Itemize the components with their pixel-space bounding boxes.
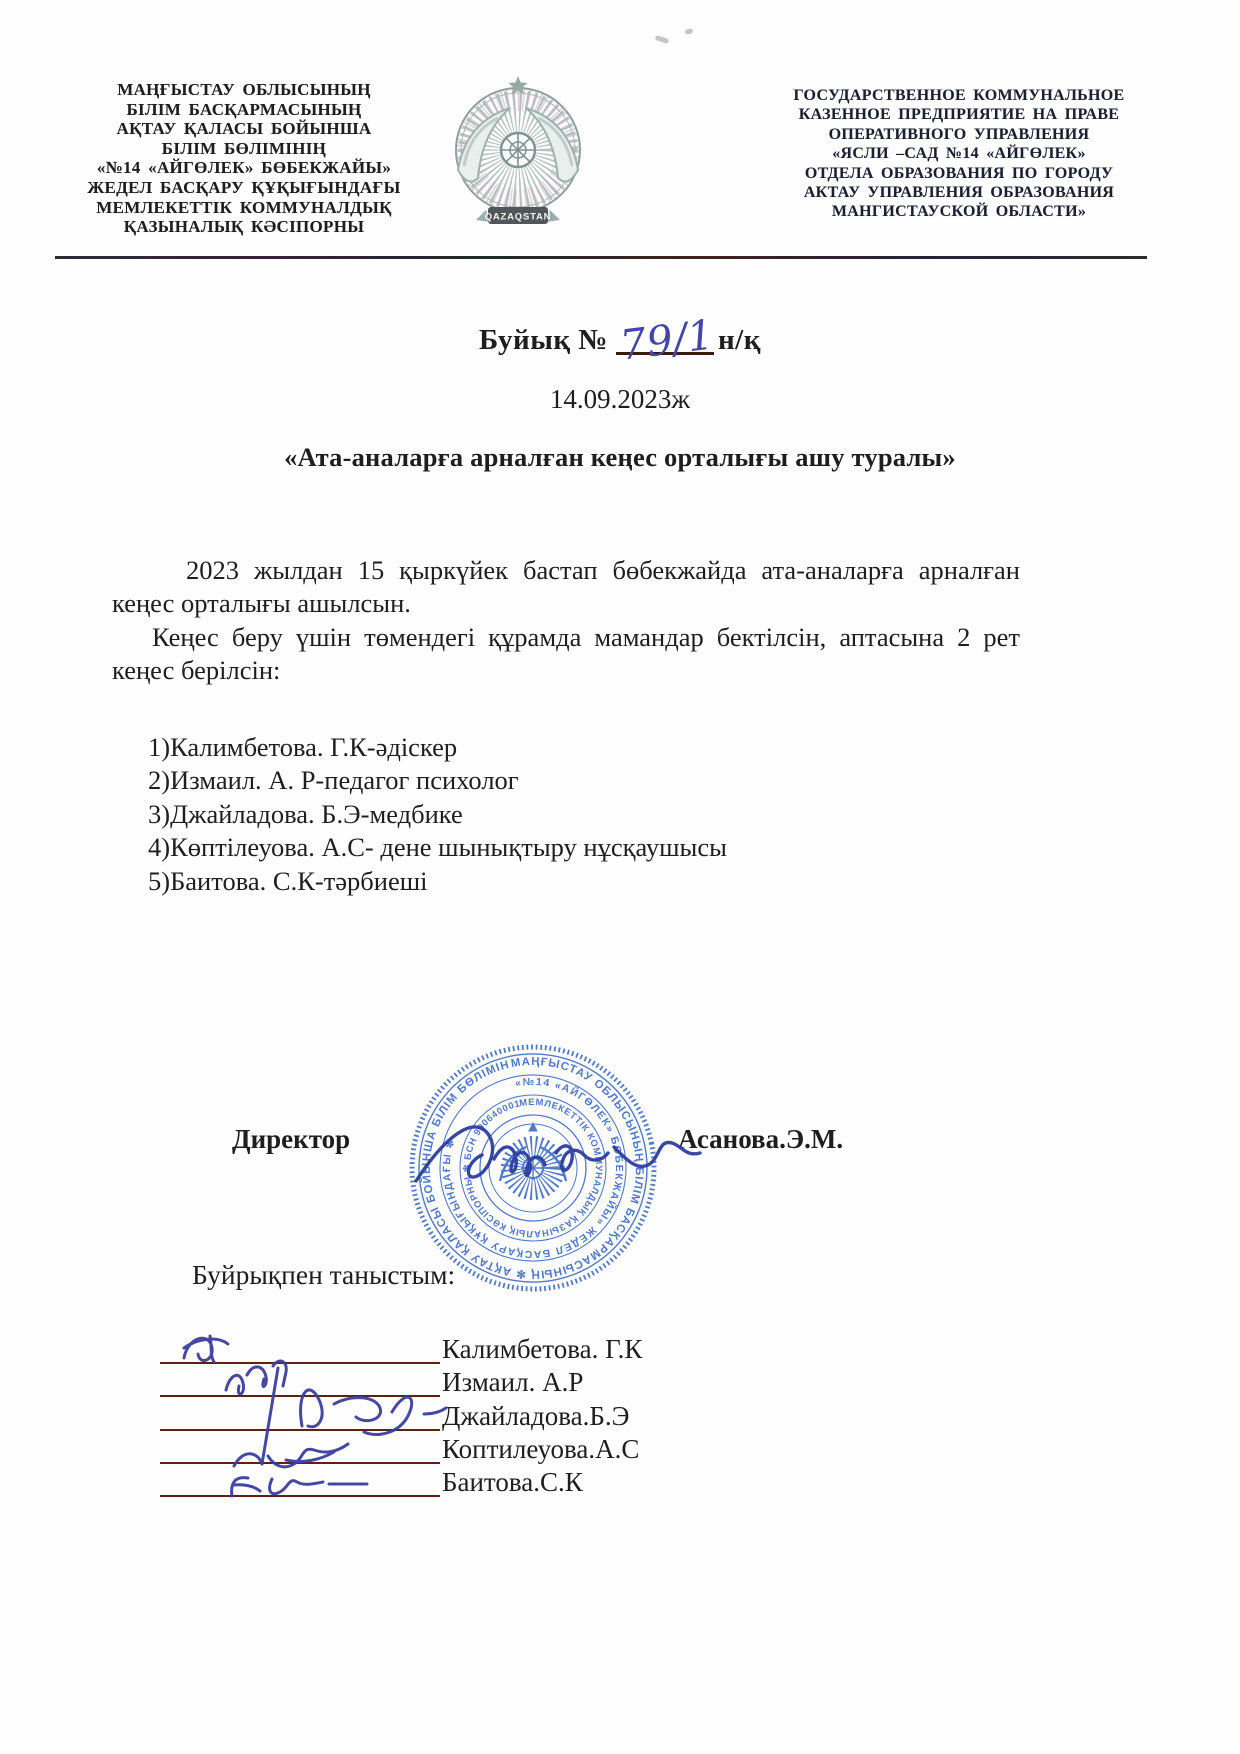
specialist-item: 3)Джайладова. Б.Э-медбике bbox=[148, 798, 727, 831]
letterhead-line: КАЗЕННОЕ ПРЕДПРИЯТИЕ НА ПРАВЕ bbox=[758, 105, 1160, 124]
order-title: Буйық №79/1н/қ bbox=[0, 316, 1240, 357]
document-page: МАҢҒЫСТАУ ОБЛЫСЫНЫҢБІЛІМ БАСҚАРМАСЫНЫҢАҚ… bbox=[0, 0, 1240, 1754]
letterhead-line: АКТАУ УПРАВЛЕНИЯ ОБРАЗОВАНИЯ bbox=[758, 183, 1160, 202]
order-number-handwritten: 79/1 bbox=[618, 314, 716, 365]
letterhead-line: ҚАЗЫНАЛЫҚ КӘСІПОРНЫ bbox=[58, 217, 430, 237]
letterhead-line: ОТДЕЛА ОБРАЗОВАНИЯ ПО ГОРОДУ bbox=[758, 164, 1160, 183]
scan-speck bbox=[655, 35, 670, 44]
specialist-item: 4)Көптілеуова. А.С- дене шынықтыру нұсқа… bbox=[148, 831, 727, 864]
specialist-item: 5)Баитова. С.К-тәрбиеші bbox=[148, 865, 727, 898]
letterhead-russian-block: ГОСУДАРСТВЕННОЕ КОММУНАЛЬНОЕКАЗЕННОЕ ПРЕ… bbox=[758, 86, 1160, 222]
order-title-suffix: н/қ bbox=[718, 324, 761, 356]
letterhead-line: МАНГИСТАУСКОЙ ОБЛАСТИ» bbox=[758, 202, 1160, 221]
order-subject: «Ата-аналарға арналған кеңес орталығы аш… bbox=[0, 442, 1240, 473]
director-label: Директор bbox=[232, 1124, 350, 1155]
letterhead-line: АҚТАУ ҚАЛАСЫ БОЙЫНША bbox=[58, 119, 430, 139]
order-number-blank: 79/1 bbox=[616, 316, 714, 355]
specialist-item: 1)Калимбетова. Г.К-әдіскер bbox=[148, 731, 727, 764]
order-date: 14.09.2023ж bbox=[0, 384, 1240, 415]
director-signature bbox=[398, 1103, 728, 1203]
letterhead-line: ЖЕДЕЛ БАСҚАРУ ҚҰҚЫҒЫНДАҒЫ bbox=[58, 178, 430, 198]
letterhead-kazakh-block: МАҢҒЫСТАУ ОБЛЫСЫНЫҢБІЛІМ БАСҚАРМАСЫНЫҢАҚ… bbox=[58, 80, 430, 237]
body-paragraph: Кеңес беру үшін төмендегі құрамда маманд… bbox=[112, 621, 1020, 687]
handwritten-signatures bbox=[150, 1318, 530, 1518]
order-title-prefix: Буйық № bbox=[479, 324, 608, 356]
emblem-banner-label: QAZAQSTAN bbox=[485, 212, 552, 223]
letterhead-line: БІЛІМ БАСҚАРМАСЫНЫҢ bbox=[58, 100, 430, 120]
letterhead-line: БІЛІМ БӨЛІМІНІҢ bbox=[58, 139, 430, 159]
letterhead-divider bbox=[55, 256, 1147, 259]
specialist-item: 2)Измаил. А. Р-педагог психолог bbox=[148, 764, 727, 797]
specialists-list: 1)Калимбетова. Г.К-әдіскер2)Измаил. А. Р… bbox=[148, 731, 727, 898]
body-paragraph: 2023 жылдан 15 қыркүйек бастап бөбекжайд… bbox=[112, 554, 1020, 620]
letterhead-line: «№14 «АЙГӨЛЕК» БӨБЕКЖАЙЫ» bbox=[58, 158, 430, 178]
letterhead-line: МЕМЛЕКЕТТІК КОММУНАЛДЫҚ bbox=[58, 198, 430, 218]
scan-speck bbox=[685, 28, 694, 35]
letterhead-line: МАҢҒЫСТАУ ОБЛЫСЫНЫҢ bbox=[58, 80, 430, 100]
letterhead-line: ОПЕРАТИВНОГО УПРАВЛЕНИЯ bbox=[758, 125, 1160, 144]
kazakhstan-emblem-icon: QAZAQSTAN bbox=[438, 70, 598, 242]
letterhead-line: ГОСУДАРСТВЕННОЕ КОММУНАЛЬНОЕ bbox=[758, 86, 1160, 105]
order-body: 2023 жылдан 15 қыркүйек бастап бөбекжайд… bbox=[112, 554, 1020, 688]
letterhead-line: «ЯСЛИ –САД №14 «АЙГӨЛЕК» bbox=[758, 144, 1160, 163]
